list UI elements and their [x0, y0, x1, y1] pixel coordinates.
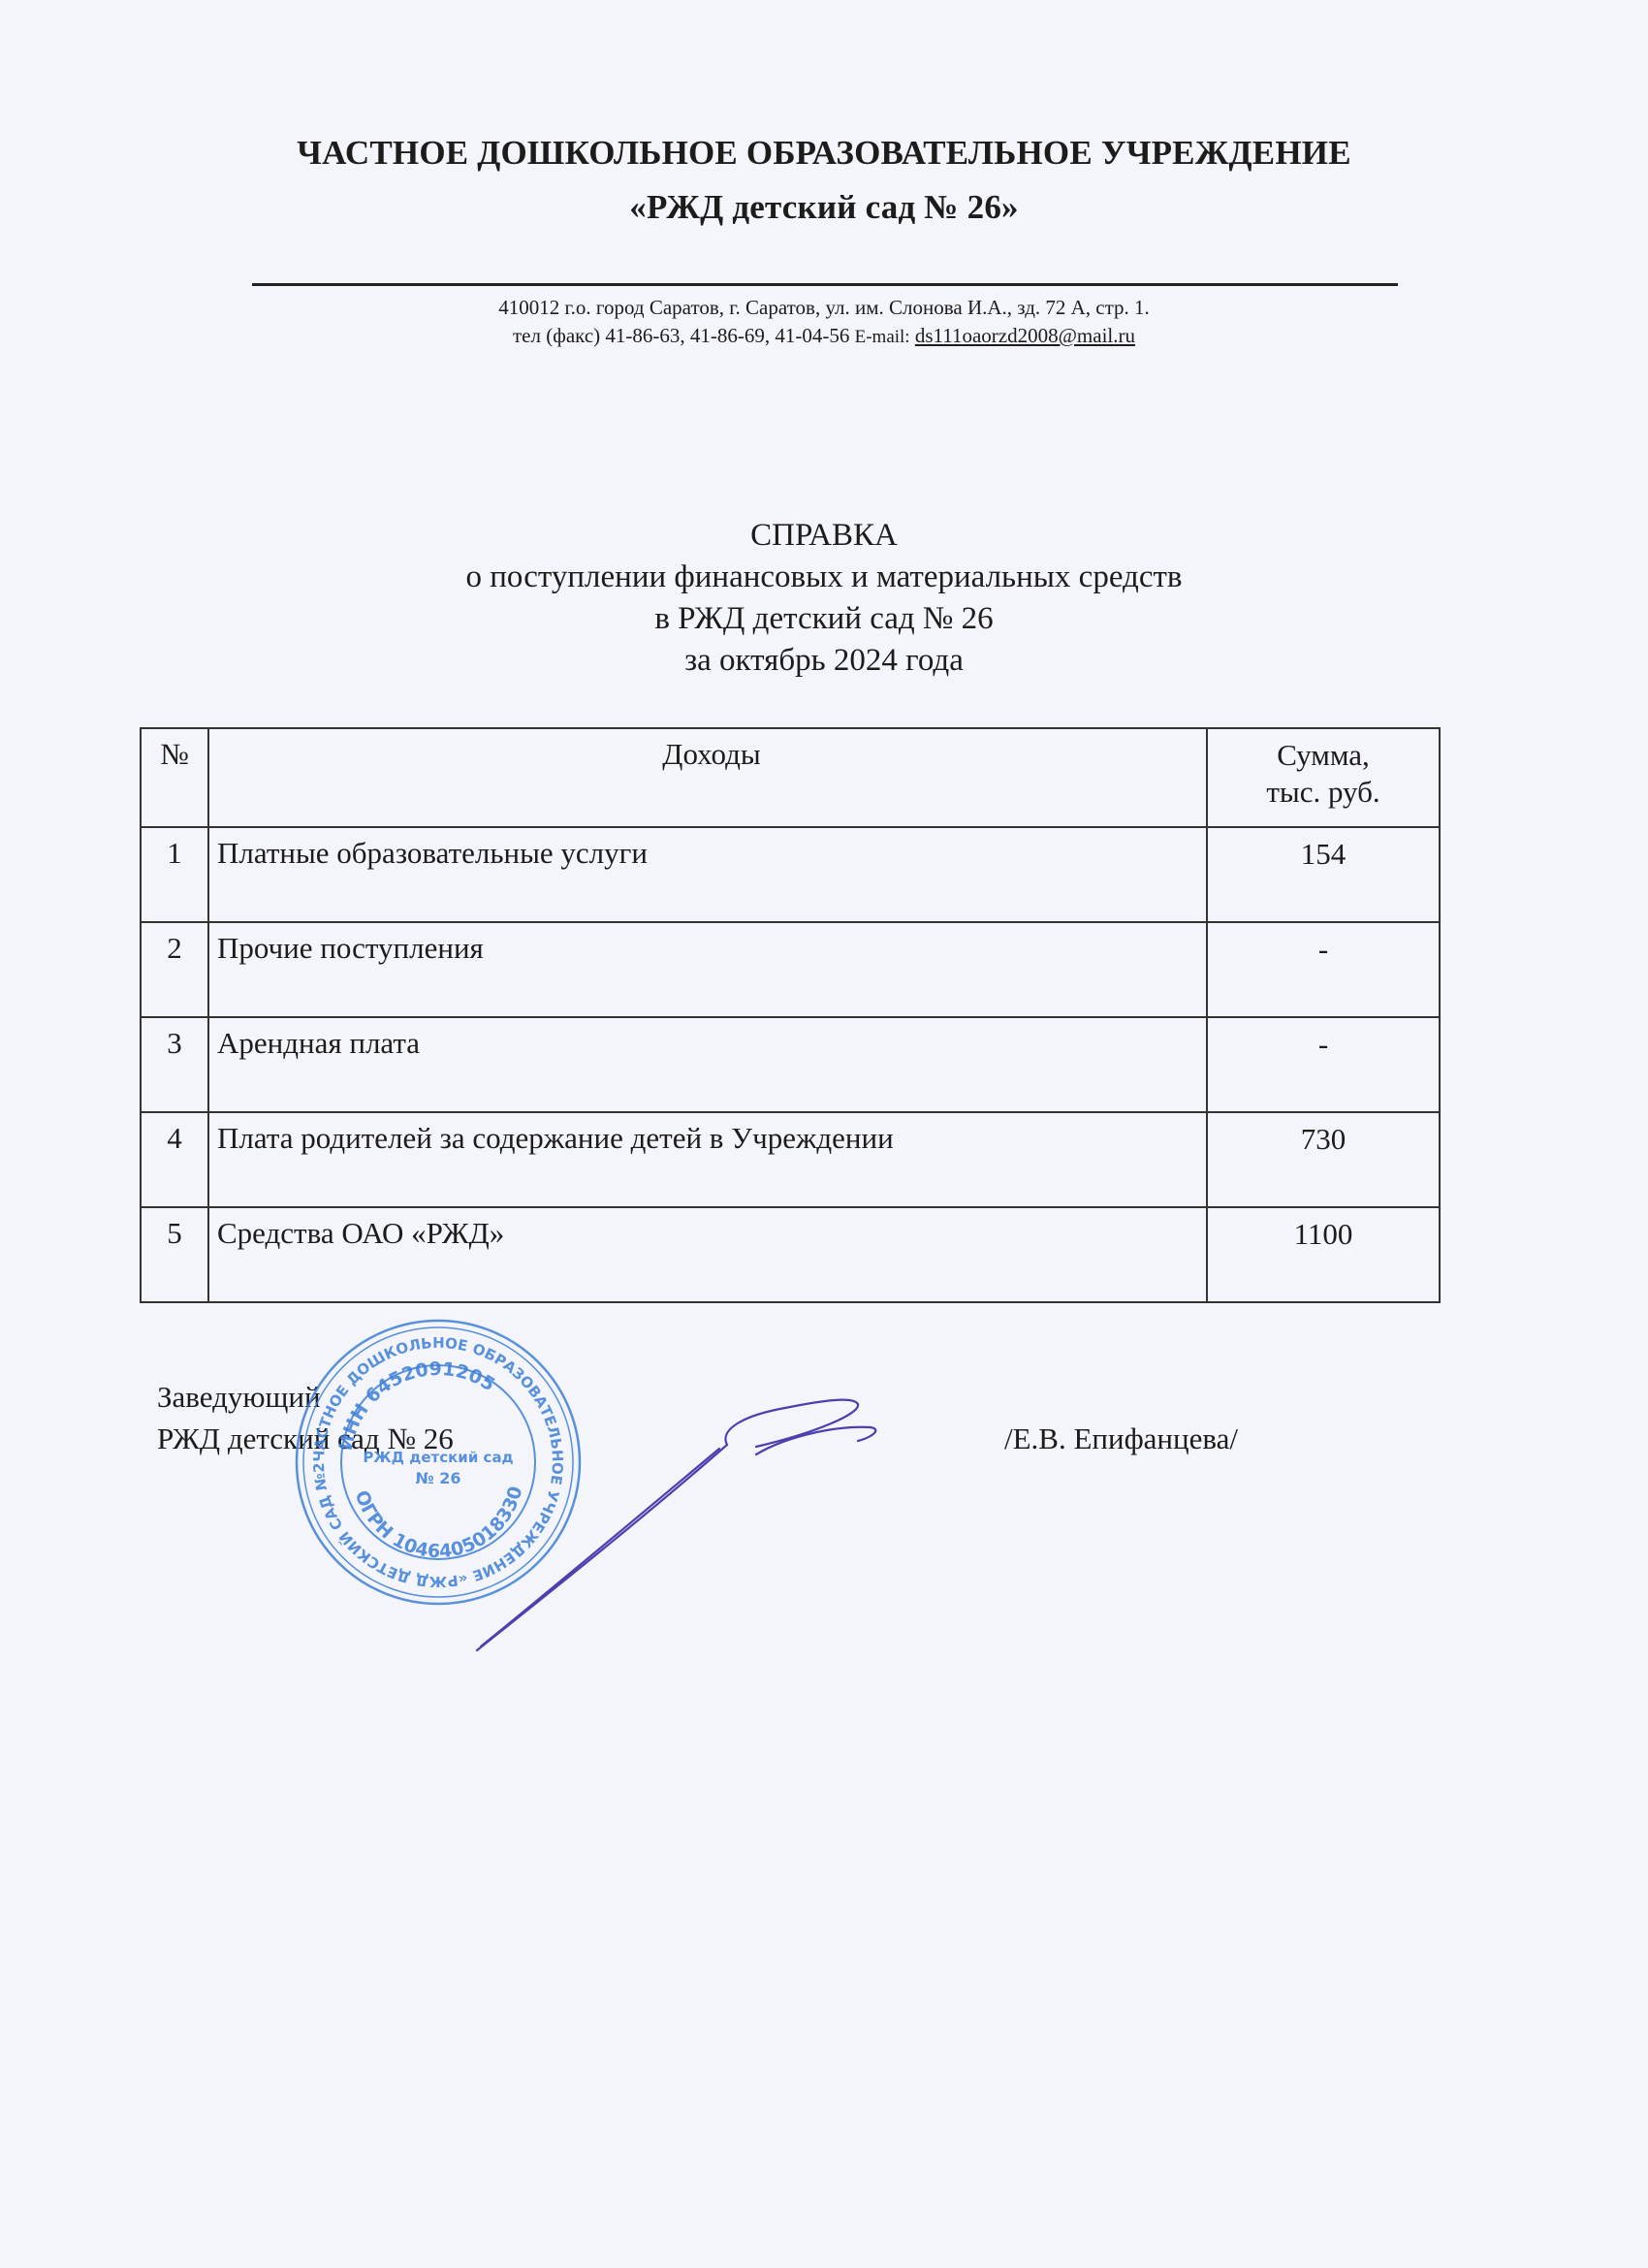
row-sum: 1100: [1207, 1207, 1440, 1302]
phones: тел (факс) 41-86-63, 41-86-69, 41-04-56: [513, 324, 849, 347]
address: 410012 г.о. город Саратов, г. Саратов, у…: [0, 296, 1648, 320]
document-period: за октябрь 2024 года: [0, 643, 1648, 679]
row-num: 2: [141, 922, 208, 1017]
contacts: тел (факс) 41-86-63, 41-86-69, 41-04-56 …: [0, 324, 1648, 348]
row-sum: -: [1207, 922, 1440, 1017]
org-name: ЧАСТНОЕ ДОШКОЛЬНОЕ ОБРАЗОВАТЕЛЬНОЕ УЧРЕЖ…: [0, 134, 1648, 173]
income-table: № Доходы Сумма, тыс. руб. 1 Платные обра…: [140, 727, 1441, 1303]
handwritten-signature-icon: [465, 1387, 911, 1658]
email-label: E-mail:: [855, 327, 910, 347]
row-sum: 730: [1207, 1112, 1440, 1207]
row-name: Прочие поступления: [208, 922, 1207, 1017]
header-divider: [252, 283, 1398, 286]
row-name: Плата родителей за содержание детей в Уч…: [208, 1112, 1207, 1207]
row-num: 3: [141, 1017, 208, 1112]
signer-name: /Е.В. Епифанцева/: [1004, 1421, 1238, 1456]
header-sum: Сумма, тыс. руб.: [1207, 728, 1440, 827]
row-name: Средства ОАО «РЖД»: [208, 1207, 1207, 1302]
email-link[interactable]: ds111oaorzd2008@mail.ru: [915, 324, 1135, 347]
table-row: 1 Платные образовательные услуги 154: [141, 827, 1440, 922]
table-row: 3 Арендная плата -: [141, 1017, 1440, 1112]
org-short-name: «РЖД детский сад № 26»: [0, 188, 1648, 227]
header-sum-line1: Сумма,: [1208, 737, 1439, 774]
document-title: СПРАВКА: [0, 518, 1648, 554]
svg-text:№ 26: № 26: [415, 1469, 460, 1487]
row-sum: -: [1207, 1017, 1440, 1112]
row-num: 5: [141, 1207, 208, 1302]
header-sum-line2: тыс. руб.: [1208, 774, 1439, 811]
table-header-row: № Доходы Сумма, тыс. руб.: [141, 728, 1440, 827]
table-row: 2 Прочие поступления -: [141, 922, 1440, 1017]
header-num: №: [141, 728, 208, 827]
header-income: Доходы: [208, 728, 1207, 827]
document-subtitle: о поступлении финансовых и материальных …: [0, 559, 1648, 595]
table-row: 4 Плата родителей за содержание детей в …: [141, 1112, 1440, 1207]
row-name: Платные образовательные услуги: [208, 827, 1207, 922]
row-num: 1: [141, 827, 208, 922]
document-page: ЧАСТНОЕ ДОШКОЛЬНОЕ ОБРАЗОВАТЕЛЬНОЕ УЧРЕЖ…: [0, 0, 1648, 2268]
row-sum: 154: [1207, 827, 1440, 922]
row-name: Арендная плата: [208, 1017, 1207, 1112]
row-num: 4: [141, 1112, 208, 1207]
table-row: 5 Средства ОАО «РЖД» 1100: [141, 1207, 1440, 1302]
document-subtitle-org: в РЖД детский сад № 26: [0, 601, 1648, 637]
